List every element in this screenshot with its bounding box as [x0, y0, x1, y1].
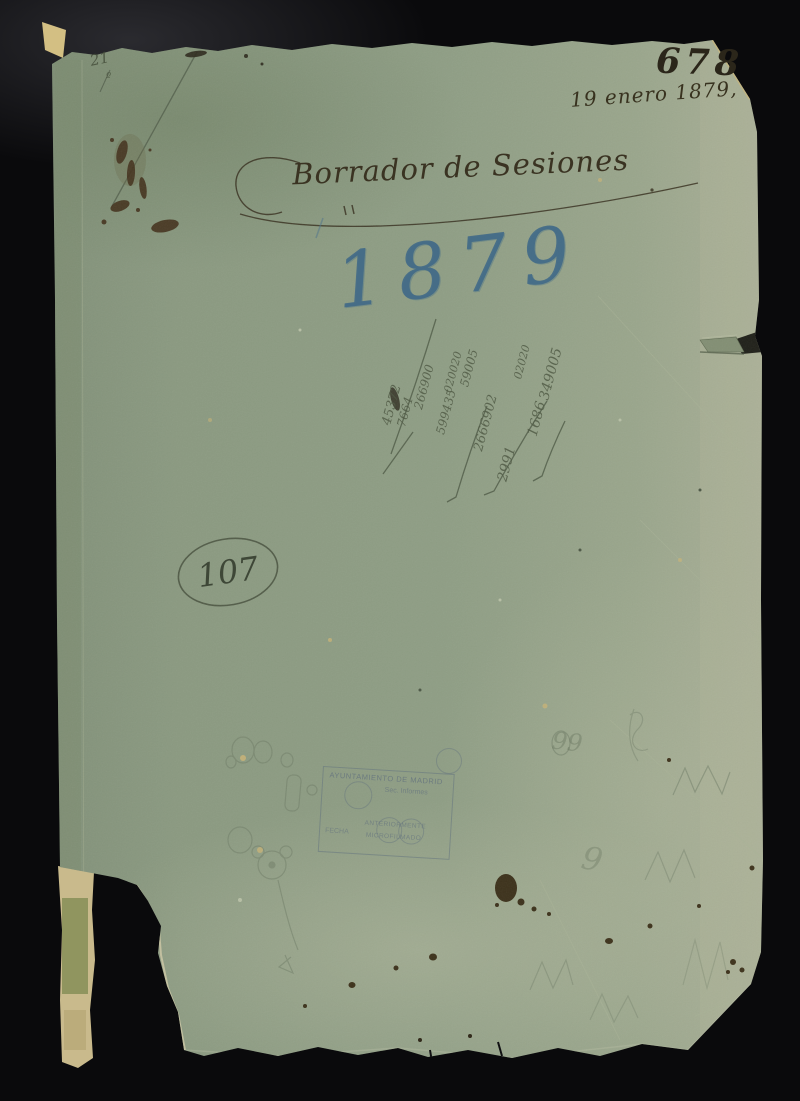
archive-stamp: AYUNTAMIENTO DE MADRID Sec. Informes ANT… [318, 766, 455, 860]
corner-note-sub: º [106, 70, 111, 83]
stamp-ring-outside [436, 748, 462, 774]
stamp-line-fecha: FECHA [325, 827, 349, 835]
scanned-document-cover: 678 19 enero 1879, 21 º Borrador de Sesi… [0, 0, 800, 1101]
stamp-line-city: AYUNTAMIENTO DE MADRID [329, 770, 443, 786]
stamp-line-section: Sec. Informes [384, 787, 428, 797]
stamp-ring [343, 780, 373, 810]
doodle-number-99: 99 [551, 726, 584, 757]
